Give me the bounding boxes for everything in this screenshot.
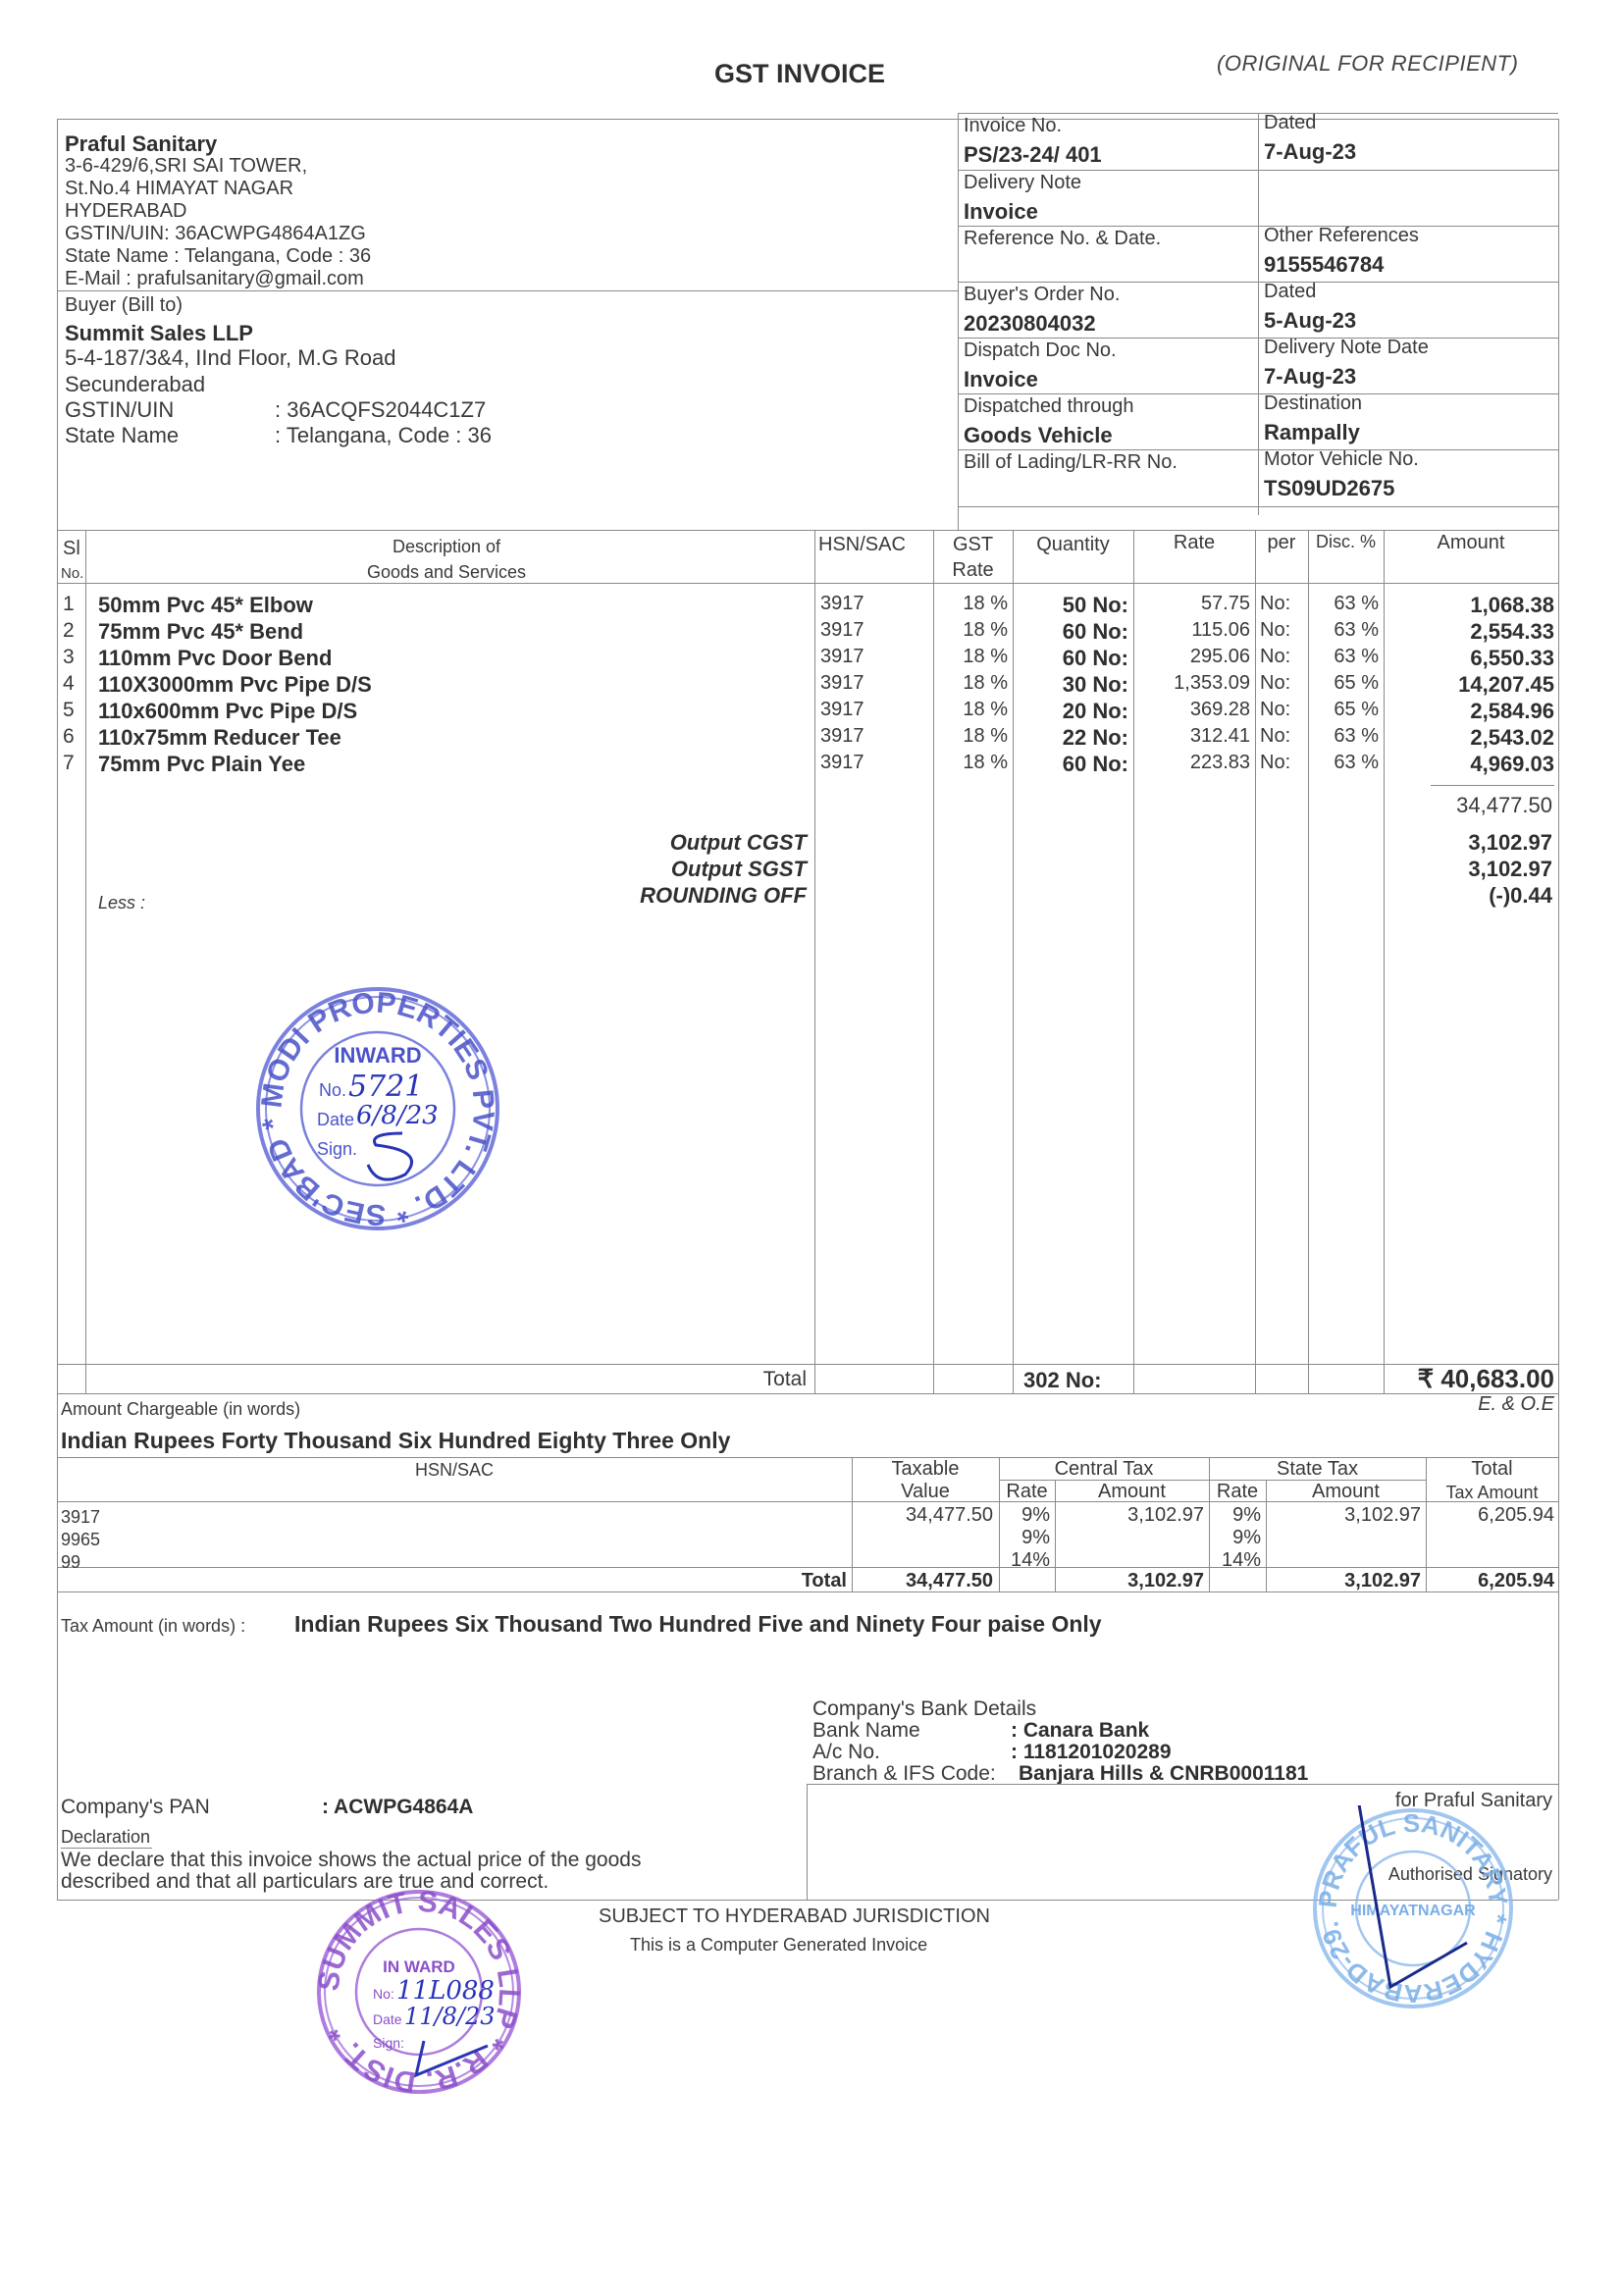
eoe-label: E. & O.E	[1393, 1393, 1554, 1416]
tax-total-taxable: 34,477.50	[852, 1570, 993, 1592]
row-per: No:	[1260, 752, 1305, 774]
row-hsn: 3917	[820, 619, 918, 642]
central-rate: 9%	[999, 1527, 1050, 1549]
row-description: 50mm Pvc 45* Elbow	[98, 593, 785, 618]
row-per: No:	[1260, 593, 1305, 615]
header-desc: Description of	[285, 537, 608, 557]
total-quantity: 302 No:	[1023, 1368, 1101, 1393]
copy-label: (ORIGINAL FOR RECIPIENT)	[1217, 51, 1518, 77]
seller-address-line: 3-6-429/6,SRI SAI TOWER,	[65, 155, 307, 178]
meta-label: Bill of Lading/LR-RR No.	[964, 451, 1178, 474]
header-sl: Sl	[63, 538, 80, 560]
charge-label: ROUNDING OFF	[491, 883, 807, 909]
row-hsn: 3917	[820, 646, 918, 668]
row-amount: 14,207.45	[1384, 672, 1554, 698]
row-per: No:	[1260, 619, 1305, 642]
tax-central-rates: 9% 9% 14%	[999, 1504, 1050, 1572]
svg-text:5721: 5721	[348, 1070, 423, 1104]
row-description: 75mm Pvc Plain Yee	[98, 752, 785, 777]
central-rate: 9%	[999, 1504, 1050, 1527]
header-rate: Rate	[1133, 532, 1255, 554]
row-hsn: 3917	[820, 752, 918, 774]
row-quantity: 60 No:	[1013, 619, 1128, 645]
tax-header-total-amount: Tax Amount	[1426, 1483, 1558, 1503]
meta-label: Dispatch Doc No.	[964, 339, 1117, 362]
tax-total: 6,205.94	[1426, 1504, 1554, 1527]
row-quantity: 60 No:	[1013, 752, 1128, 777]
meta-label: Motor Vehicle No.	[1264, 448, 1419, 471]
state-rate: 9%	[1209, 1527, 1261, 1549]
tax-hsn-code: 9965	[61, 1529, 100, 1551]
header-hsn: HSN/SAC	[818, 534, 906, 556]
svg-text:11/8/23: 11/8/23	[404, 2003, 496, 2030]
row-gst-rate: 18 %	[933, 725, 1008, 748]
tax-header-total: Total	[1426, 1458, 1558, 1481]
account-value: : 1181201020289	[1011, 1741, 1172, 1764]
tax-header-taxable: Taxable	[852, 1458, 999, 1481]
meta-value: Invoice	[964, 199, 1038, 225]
tax-header-state-amount: Amount	[1266, 1481, 1426, 1503]
row-discount: 63 %	[1308, 646, 1379, 668]
row-amount: 4,969.03	[1384, 752, 1554, 777]
tax-in-words: Indian Rupees Six Thousand Two Hundred F…	[294, 1611, 1102, 1638]
tax-total-label: Total	[687, 1570, 847, 1592]
tax-header-central-rate: Rate	[999, 1481, 1055, 1503]
meta-value: 7-Aug-23	[1264, 139, 1356, 165]
state-rate: 14%	[1209, 1549, 1261, 1572]
amount-words-label: Amount Chargeable (in words)	[61, 1399, 300, 1420]
meta-value: PS/23-24/ 401	[964, 142, 1102, 168]
svg-text:IN WARD: IN WARD	[383, 1957, 455, 1976]
meta-label: Buyer's Order No.	[964, 284, 1120, 306]
seller-email: E-Mail : prafulsanitary@gmail.com	[65, 268, 364, 290]
tax-header-central-amount: Amount	[1055, 1481, 1209, 1503]
row-sl: 3	[63, 646, 82, 669]
meta-label: Delivery Note Date	[1264, 337, 1429, 359]
charge-amount: 3,102.97	[1384, 857, 1552, 882]
bank-name-label: Bank Name	[812, 1719, 920, 1743]
buyer-state-value: : Telangana, Code : 36	[275, 423, 492, 448]
header-gst: GST	[933, 534, 1013, 556]
buyer-state-label: State Name	[65, 423, 179, 448]
row-gst-rate: 18 %	[933, 699, 1008, 721]
row-description: 110x75mm Reducer Tee	[98, 725, 785, 751]
row-sl: 5	[63, 699, 82, 722]
tax-header-central: Central Tax	[999, 1458, 1209, 1481]
row-quantity: 22 No:	[1013, 725, 1128, 751]
row-description: 75mm Pvc 45* Bend	[98, 619, 785, 645]
svg-text:Sign:: Sign:	[373, 2035, 404, 2051]
seller-state: State Name : Telangana, Code : 36	[65, 245, 371, 268]
row-amount: 2,584.96	[1384, 699, 1554, 724]
svg-text:No:: No:	[373, 1986, 394, 2002]
seller-address-line: St.No.4 HIMAYAT NAGAR	[65, 178, 293, 200]
row-amount: 6,550.33	[1384, 646, 1554, 671]
buyer-name: Summit Sales LLP	[65, 321, 253, 346]
tax-hsn-codes: 3917 9965 99	[61, 1506, 100, 1574]
tax-total-central: 3,102.97	[1055, 1570, 1204, 1592]
row-discount: 63 %	[1308, 725, 1379, 748]
row-rate: 57.75	[1133, 593, 1250, 615]
row-description: 110X3000mm Pvc Pipe D/S	[98, 672, 785, 698]
account-label: A/c No.	[812, 1741, 880, 1764]
row-hsn: 3917	[820, 725, 918, 748]
row-gst-rate: 18 %	[933, 752, 1008, 774]
bank-title: Company's Bank Details	[812, 1697, 1036, 1721]
amount-in-words: Indian Rupees Forty Thousand Six Hundred…	[61, 1428, 730, 1454]
buyer-label: Buyer (Bill to)	[65, 294, 183, 317]
buyer-address-line: 5-4-187/3&4, IInd Floor, M.G Road	[65, 345, 396, 371]
meta-label: Dispatched through	[964, 395, 1133, 418]
row-sl: 2	[63, 619, 82, 643]
buyer-gstin-value: : 36ACQFS2044C1Z7	[275, 397, 486, 423]
bank-name-value: : Canara Bank	[1011, 1719, 1149, 1743]
row-quantity: 60 No:	[1013, 646, 1128, 671]
row-per: No:	[1260, 699, 1305, 721]
meta-value: Goods Vehicle	[964, 423, 1113, 448]
row-discount: 63 %	[1308, 593, 1379, 615]
declaration-text: We declare that this invoice shows the a…	[61, 1849, 641, 1872]
tax-words-label: Tax Amount (in words) :	[61, 1616, 245, 1637]
svg-text:HIMAYATNAGAR: HIMAYATNAGAR	[1350, 1903, 1476, 1919]
meta-value: Rampally	[1264, 420, 1360, 445]
row-sl: 1	[63, 593, 82, 616]
row-rate: 115.06	[1133, 619, 1250, 642]
tax-taxable-value: 34,477.50	[852, 1504, 993, 1527]
pan-label: Company's PAN	[61, 1796, 210, 1819]
row-amount: 2,543.02	[1384, 725, 1554, 751]
svg-text:Sign.: Sign.	[317, 1139, 357, 1159]
row-quantity: 20 No:	[1013, 699, 1128, 724]
tax-total-state: 3,102.97	[1266, 1570, 1421, 1592]
meta-label: Dated	[1264, 112, 1316, 134]
declaration-label: Declaration	[61, 1827, 152, 1849]
row-quantity: 30 No:	[1013, 672, 1128, 698]
row-discount: 65 %	[1308, 672, 1379, 695]
tax-state-amount: 3,102.97	[1266, 1504, 1421, 1527]
row-gst-rate: 18 %	[933, 672, 1008, 695]
charge-amount: 3,102.97	[1384, 830, 1552, 856]
buyer-gstin-label: GSTIN/UIN	[65, 397, 174, 423]
svg-text:Date: Date	[317, 1110, 354, 1129]
buyer-address-line: Secunderabad	[65, 372, 205, 397]
svg-text:11L088: 11L088	[396, 1976, 495, 2006]
seller-address-line: HYDERABAD	[65, 200, 186, 223]
meta-label: Other References	[1264, 225, 1419, 247]
meta-value: Invoice	[964, 367, 1038, 392]
meta-label: Invoice No.	[964, 115, 1062, 137]
header-disc: Disc. %	[1308, 532, 1384, 552]
row-quantity: 50 No:	[1013, 593, 1128, 618]
stamp-seal-icon: PRAFUL SANITARY * HYDERABAD-29. * HIMAYA…	[1300, 1805, 1526, 2011]
meta-label: Reference No. & Date.	[964, 228, 1161, 250]
row-hsn: 3917	[820, 593, 918, 615]
meta-value: 9155546784	[1264, 252, 1384, 278]
row-rate: 295.06	[1133, 646, 1250, 668]
meta-label: Destination	[1264, 392, 1362, 415]
state-rate: 9%	[1209, 1504, 1261, 1527]
charge-label: Output SGST	[491, 857, 807, 882]
header-desc-2: Goods and Services	[285, 562, 608, 583]
computer-generated-note: This is a Computer Generated Invoice	[630, 1935, 927, 1956]
svg-text:6/8/23: 6/8/23	[356, 1101, 439, 1130]
header-gst-rate: Rate	[933, 559, 1013, 582]
tax-central-amount: 3,102.97	[1055, 1504, 1204, 1527]
seller-name: Praful Sanitary	[65, 131, 217, 157]
document-title: GST INVOICE	[714, 59, 885, 89]
row-sl: 7	[63, 752, 82, 775]
tax-hsn-code: 99	[61, 1551, 100, 1574]
svg-text:No.: No.	[319, 1080, 346, 1100]
row-hsn: 3917	[820, 672, 918, 695]
row-rate: 223.83	[1133, 752, 1250, 774]
svg-text:INWARD: INWARD	[334, 1043, 421, 1068]
header-no: No.	[61, 565, 83, 582]
tax-hsn-code: 3917	[61, 1506, 100, 1529]
header-quantity: Quantity	[1013, 534, 1133, 556]
tax-header-state-rate: Rate	[1209, 1481, 1266, 1503]
header-amount: Amount	[1384, 532, 1558, 554]
svg-text:Date: Date	[373, 2011, 402, 2027]
row-per: No:	[1260, 646, 1305, 668]
meta-value: 5-Aug-23	[1264, 308, 1356, 334]
meta-value: 7-Aug-23	[1264, 364, 1356, 390]
row-sl: 6	[63, 725, 82, 749]
row-rate: 1,353.09	[1133, 672, 1250, 695]
items-subtotal: 34,477.50	[1384, 793, 1552, 818]
grand-total: ₹ 40,683.00	[1384, 1364, 1554, 1394]
row-amount: 1,068.38	[1384, 593, 1554, 618]
row-gst-rate: 18 %	[933, 646, 1008, 668]
row-gst-rate: 18 %	[933, 619, 1008, 642]
meta-value: 20230804032	[964, 311, 1096, 337]
row-per: No:	[1260, 672, 1305, 695]
row-rate: 369.28	[1133, 699, 1250, 721]
row-description: 110mm Pvc Door Bend	[98, 646, 785, 671]
row-amount: 2,554.33	[1384, 619, 1554, 645]
tax-header-hsn: HSN/SAC	[57, 1460, 852, 1481]
row-sl: 4	[63, 672, 82, 696]
row-rate: 312.41	[1133, 725, 1250, 748]
row-hsn: 3917	[820, 699, 918, 721]
stamp-seal-icon: SUMMIT SALES LLP * R.R. DIST. * IN WARD …	[316, 1889, 522, 2095]
meta-label: Dated	[1264, 281, 1316, 303]
less-label: Less :	[98, 893, 145, 913]
tax-state-rates: 9% 9% 14%	[1209, 1504, 1261, 1572]
total-label: Total	[589, 1368, 807, 1391]
seller-gstin: GSTIN/UIN: 36ACWPG4864A1ZG	[65, 223, 366, 245]
jurisdiction-note: SUBJECT TO HYDERABAD JURISDICTION	[599, 1905, 990, 1928]
meta-label: Delivery Note	[964, 172, 1081, 194]
central-rate: 14%	[999, 1549, 1050, 1572]
branch-label: Branch & IFS Code:	[812, 1762, 996, 1786]
charge-amount: (-)0.44	[1384, 883, 1552, 909]
row-discount: 65 %	[1308, 699, 1379, 721]
row-description: 110x600mm Pvc Pipe D/S	[98, 699, 785, 724]
charge-label: Output CGST	[491, 830, 807, 856]
row-gst-rate: 18 %	[933, 593, 1008, 615]
row-per: No:	[1260, 725, 1305, 748]
tax-header-value: Value	[852, 1481, 999, 1503]
pan-value: : ACWPG4864A	[322, 1796, 473, 1819]
stamp-seal-icon: MODI PROPERTIES PVT. LTD. * SEC'BAD * IN…	[250, 986, 505, 1231]
branch-value: Banjara Hills & CNRB0001181	[1019, 1762, 1308, 1786]
tax-total-amount: 6,205.94	[1426, 1570, 1554, 1592]
header-per: per	[1255, 532, 1308, 554]
row-discount: 63 %	[1308, 752, 1379, 774]
meta-value: TS09UD2675	[1264, 476, 1394, 501]
row-discount: 63 %	[1308, 619, 1379, 642]
tax-header-state: State Tax	[1209, 1458, 1426, 1481]
